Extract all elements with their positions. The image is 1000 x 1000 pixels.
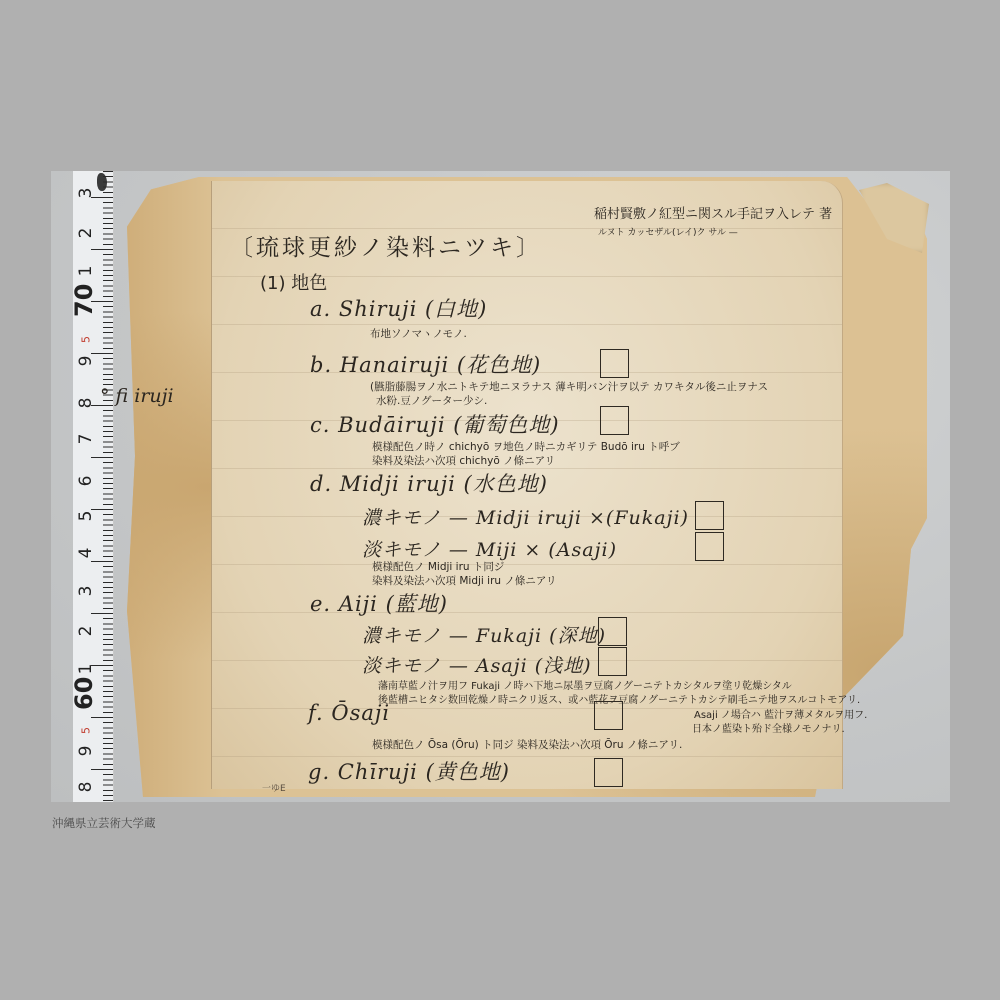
ruler-label: 70 bbox=[70, 297, 98, 317]
item-c-label: c. Budāiruji (葡萄色地) bbox=[310, 409, 560, 439]
ruler-label: 6 bbox=[76, 471, 96, 491]
ruler-label: 8 bbox=[76, 393, 96, 413]
item-e-label: e. Aiji (藍地) bbox=[310, 588, 448, 618]
item-e-sub: 淡キモノ — Asaji (浅地) bbox=[362, 651, 592, 678]
checkbox-c bbox=[600, 406, 629, 435]
document-photograph: 3 2 1 70 5 9 8 7 6 5 4 3 2 1 60 5 9 8 〔琉… bbox=[51, 171, 950, 802]
item-d-sub: 淡キモノ — Miji × (Asaji) bbox=[362, 535, 617, 562]
item-a-note: 布地ソノマヽノモノ. bbox=[370, 326, 467, 341]
item-a-label: a. Shiruji (白地) bbox=[310, 293, 487, 323]
item-f-note: 模様配色ノ Ōsa (Ōru) ト同ジ 染料及染法ハ次項 Ōru ノ條ニアリ. bbox=[372, 737, 682, 752]
item-e-sub: 濃キモノ — Fukaji (深地) bbox=[362, 621, 606, 648]
item-b-label: b. Hanairuji (花色地) bbox=[310, 349, 541, 379]
ruler-label: 2 bbox=[76, 223, 96, 243]
document-title: 〔琉球更紗ノ染料ニツキ〕 bbox=[230, 229, 542, 262]
ruler-label: 3 bbox=[76, 581, 96, 601]
ruler-label: 3 bbox=[76, 183, 96, 203]
manuscript-page: 〔琉球更紗ノ染料ニツキ〕 稲村賢敷ノ紅型ニ関スル手記ヲ入レテ 著 ルヌト カッセ… bbox=[211, 181, 843, 789]
margin-note: ° fi iruji bbox=[100, 385, 174, 407]
checkbox-d1 bbox=[695, 501, 724, 530]
ruler-label: 60 bbox=[70, 690, 98, 710]
item-d-sub: 濃キモノ — Midji iruji ×(Fukaji) bbox=[362, 503, 689, 530]
item-d-note: 模様配色ノ Midji iru ト同ジ bbox=[372, 559, 504, 574]
item-d-note: 染料及染法ハ次項 Midji iru ノ條ニアリ bbox=[372, 573, 556, 588]
item-c-note: 模様配色ノ時ノ chichyō ヲ地色ノ時ニカギリテ Budō iru ト呼ブ bbox=[372, 439, 680, 454]
ruler-label: 8 bbox=[76, 777, 96, 797]
collection-credit: 沖縄県立芸術大学蔵 bbox=[52, 815, 156, 831]
ruler-label: 7 bbox=[76, 429, 96, 449]
corner-note-sub: ルヌト カッセザル(レイ)ク サル — bbox=[598, 225, 738, 238]
ruler-label: 5 bbox=[80, 721, 93, 741]
footer-scrap: 一ゆE bbox=[262, 781, 286, 794]
checkbox-f bbox=[594, 701, 623, 730]
item-e-side-note: 日本ノ藍染ト殆ド全様ノモノナリ. bbox=[692, 720, 845, 735]
checkbox-d2 bbox=[695, 532, 724, 561]
checkbox-e2 bbox=[598, 647, 627, 676]
item-e-note: 藩南草藍ノ汁ヲ用フ Fukaji ノ時ハ下地ニ尿墨ヲ豆腐ノグーニテトカシタルヲ塗… bbox=[378, 677, 792, 692]
item-b-note: (臙脂藤腸ヲノ水ニトキテ地ニヌラナス 薄キ明バン汁ヲ以テ カワキタル後ニ止ヲナス bbox=[370, 379, 768, 394]
ruler-label: 5 bbox=[80, 330, 93, 350]
checkbox-b bbox=[600, 349, 629, 378]
checkbox-e1 bbox=[598, 617, 627, 646]
ruler-label: 1 bbox=[76, 261, 96, 281]
ruler-label: 9 bbox=[76, 741, 96, 761]
item-d-label: d. Midji iruji (水色地) bbox=[310, 468, 548, 498]
corner-note: 稲村賢敷ノ紅型ニ関スル手記ヲ入レテ 著 bbox=[594, 203, 832, 222]
item-c-note: 染料及染法ハ次項 chichyō ノ條ニアリ bbox=[372, 453, 555, 468]
ruler-label: 4 bbox=[76, 543, 96, 563]
item-b-note: 水粉.豆ノグーター少シ. bbox=[376, 393, 487, 408]
section-heading: (1) 地色 bbox=[260, 269, 327, 295]
item-f-label: f. Ōsaji bbox=[308, 701, 390, 725]
ruler-label: 1 bbox=[76, 659, 96, 679]
ruler-label: 5 bbox=[76, 506, 96, 526]
measuring-ruler: 3 2 1 70 5 9 8 7 6 5 4 3 2 1 60 5 9 8 bbox=[73, 171, 114, 802]
item-e-side-note: Asaji ノ場合ハ 藍汁ヲ薄メタルヲ用フ. bbox=[694, 706, 867, 721]
ruler-label: 2 bbox=[76, 621, 96, 641]
item-g-label: g. Chīruji (黄色地) bbox=[308, 756, 510, 786]
ruler-label: 9 bbox=[76, 351, 96, 371]
checkbox-g bbox=[594, 758, 623, 787]
